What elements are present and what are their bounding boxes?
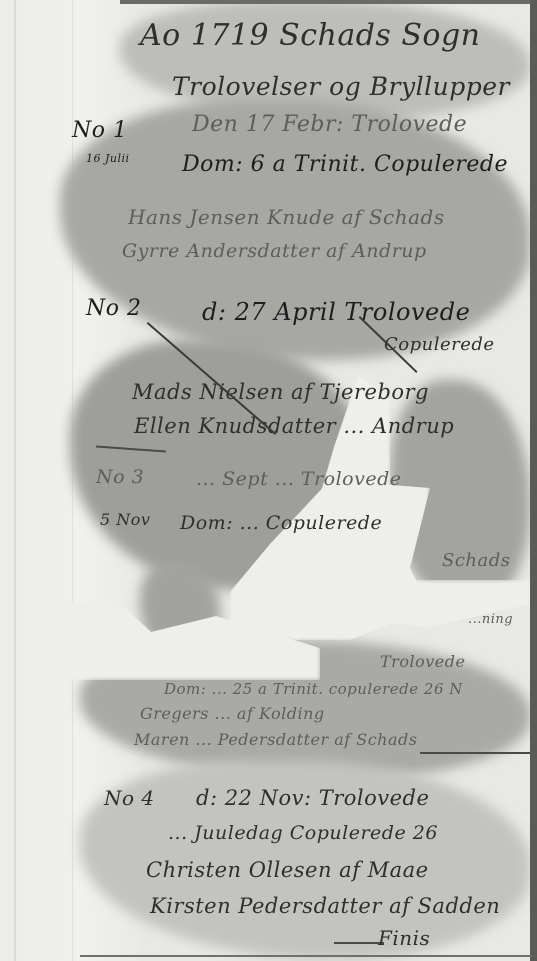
- header-title: Trolovelser og Bryllupper: [172, 72, 510, 101]
- entry-bride: Kirsten Pedersdatter af Sadden: [150, 894, 500, 918]
- entry-groom: Hans Jensen Knude af Schads: [128, 205, 445, 229]
- entry-separator: [420, 752, 530, 754]
- entry-margin-note: 5 Nov: [100, 510, 150, 529]
- page-bottom-rule: [80, 955, 532, 957]
- entry-liturgical-line: Dom: ... Copulerede: [180, 512, 382, 534]
- entry-date-line: d: 22 Nov: Trolovede: [196, 786, 429, 810]
- entry-groom: Gregers ... af Kolding: [140, 704, 325, 723]
- entry-place: Schads: [442, 550, 511, 571]
- entry-liturgical-line: ... Juuledag Copulerede 26: [168, 822, 438, 844]
- closing-finis: Finis: [378, 926, 430, 950]
- entry-number: No 3: [96, 466, 144, 488]
- page-right-edge: [530, 0, 537, 961]
- entry-bride: Ellen Knudsdatter ... Andrup: [134, 414, 454, 438]
- entry-number: No 1: [72, 118, 128, 143]
- entry-number: No 2: [86, 296, 142, 321]
- entry-bride: Maren ... Pedersdatter af Schads: [134, 730, 417, 749]
- entry-date-line: Trolovede: [380, 652, 465, 671]
- finis-flourish: [334, 942, 384, 944]
- page-top-edge: [120, 0, 532, 4]
- entry-margin-note: 16 Julii: [86, 152, 130, 165]
- entry-groom: Christen Ollesen af Maae: [146, 858, 429, 882]
- entry-fragment: ...ning: [468, 612, 513, 627]
- header-year-line: Ao 1719 Schads Sogn: [140, 18, 480, 53]
- entry-groom: Mads Nielsen af Tjereborg: [132, 380, 429, 404]
- entry-date-line: d: 27 April Trolovede: [202, 298, 470, 326]
- entry-liturgical-line: Dom: 6 a Trinit. Copulerede: [182, 152, 508, 177]
- entry-date-line: ... Sept ... Trolovede: [196, 468, 402, 490]
- entry-liturgical-line: Dom: ... 25 a Trinit. copulerede 26 N: [164, 680, 463, 698]
- entry-date-line: Den 17 Febr: Trolovede: [192, 112, 467, 137]
- entry-copulation: Copulerede: [384, 334, 495, 355]
- page-fold-line: [14, 0, 16, 961]
- torn-hole: [270, 580, 530, 640]
- entry-bride: Gyrre Andersdatter af Andrup: [122, 240, 427, 262]
- entry-number: No 4: [104, 786, 155, 810]
